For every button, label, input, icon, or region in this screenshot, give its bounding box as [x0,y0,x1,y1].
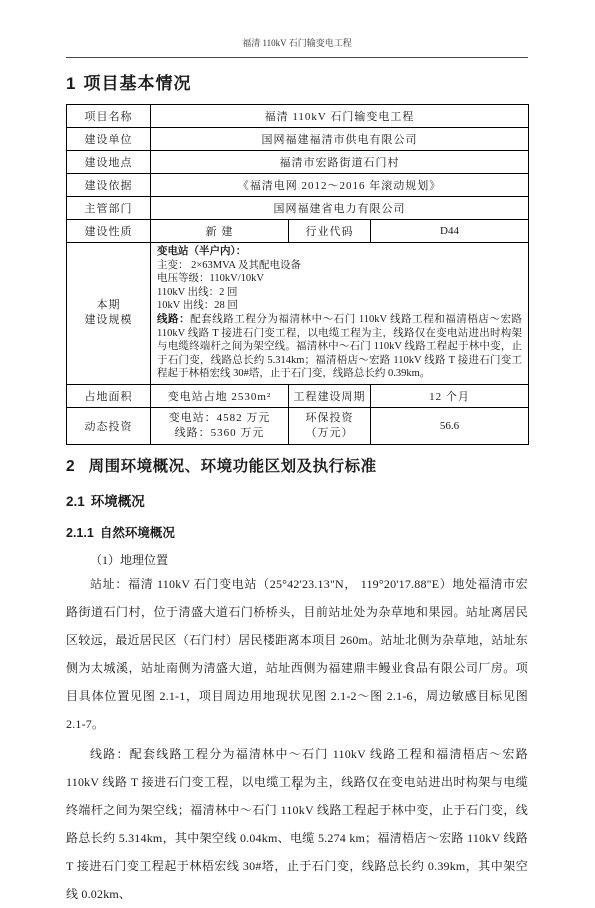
route-text: 配套线路工程分为福清林中～石门 110kV 线路工程和福清梧店～宏路 110kV… [157,314,522,379]
industry-code-label: 行业代码 [289,220,371,243]
page-number: 1 [0,782,595,793]
substation-line-voltage: 电压等级：110kV/10kV [157,272,522,286]
table-row-project-name: 项目名称 福清 110kV 石门输变电工程 [67,105,529,128]
table-row-authority: 主管部门 国网福建省电力有限公司 [67,197,529,220]
substation-title: 变电站（半户内）： [157,245,522,259]
period-value: 12 个月 [371,384,529,407]
project-info-table: 项目名称 福清 110kV 石门输变电工程 建设单位 国网福建福清市供电有限公司… [66,104,529,445]
running-header: 福清 110kV 石门输变电工程 [66,36,528,58]
table-row-basis: 建设依据 《福清电网 2012～2016 年滚动规划》 [67,174,529,197]
investment-value: 变电站：4582 万元 线路：5360 万元 [151,407,289,444]
site-location-paragraph: 站址：福清 110kV 石门变电站（25°42'23.13"N， 119°20'… [66,570,528,738]
row-label: 主管部门 [67,197,151,220]
env-investment-label: 环保投资 （万元） [289,407,371,444]
table-row-nature: 建设性质 新 建 行业代码 D44 [67,220,529,243]
table-row-construction-unit: 建设单位 国网福建福清市供电有限公司 [67,128,529,151]
table-row-scale: 本期 建设规模 变电站（半户内）： 主变： 2×63MVA 及其配电设备 电压等… [67,243,529,385]
industry-code-value: D44 [371,220,529,243]
row-label: 动态投资 [67,407,151,444]
section-2-1-number: 2.1 [66,494,85,509]
env-investment-label-line2: （万元） [293,426,366,441]
running-header-title: 福清 110kV 石门输变电工程 [242,38,352,48]
row-value: 福清市宏路街道石门村 [151,151,529,174]
section-2-title: 周围环境概况、环境功能区划及执行标准 [89,458,377,475]
route-description-paragraph: 线路：配套线路工程分为福清林中～石门 110kV 线路工程和福清梧店～宏路 11… [66,740,528,908]
row-label: 建设单位 [67,128,151,151]
row-label: 项目名称 [67,105,151,128]
section-1-number: 1 [66,74,75,93]
env-investment-label-line1: 环保投资 [293,411,366,426]
section-1-title: 项目基本情况 [83,74,191,93]
investment-line: 线路：5360 万元 [155,426,284,441]
section-1-heading: 1项目基本情况 [66,69,528,94]
section-2-1-heading: 2.1环境概况 [66,490,528,510]
table-row-investment: 动态投资 变电站：4582 万元 线路：5360 万元 环保投资 （万元） 56… [67,407,529,444]
scale-label-line2: 建设规模 [71,313,146,328]
route-title: 线路： [157,314,190,325]
section-2-1-1-number: 2.1.1 [66,526,94,540]
substation-line-110kv-out: 110kV 出线：2 回 [157,286,522,300]
investment-substation: 变电站：4582 万元 [155,411,284,426]
row-value: 福清 110kV 石门输变电工程 [151,105,529,128]
row-label: 建设地点 [67,151,151,174]
row-value: 《福清电网 2012～2016 年滚动规划》 [151,174,529,197]
substation-line-10kv-out: 10kV 出线：28 回 [157,299,522,313]
nature-value: 新 建 [151,220,289,243]
table-row-area: 占地面积 变电站占地 2530m² 工程建设周期 12 个月 [67,384,529,407]
period-label: 工程建设周期 [289,384,371,407]
row-value: 国网福建省电力有限公司 [151,197,529,220]
scale-content: 变电站（半户内）： 主变： 2×63MVA 及其配电设备 电压等级：110kV/… [151,243,529,385]
section-2-1-1-title: 自然环境概况 [100,526,175,540]
row-label: 建设依据 [67,174,151,197]
row-label: 建设性质 [67,220,151,243]
geographic-location-item: （1）地理位置 [66,551,528,568]
table-row-location: 建设地点 福清市宏路街道石门村 [67,151,529,174]
row-value: 国网福建福清市供电有限公司 [151,128,529,151]
env-investment-value: 56.6 [371,407,529,444]
section-2-1-1-heading: 2.1.1自然环境概况 [66,523,528,541]
section-2-number: 2 [66,458,75,475]
section-2-heading: 2周围环境概况、环境功能区划及执行标准 [66,454,528,476]
section-2-1-title: 环境概况 [91,494,145,509]
substation-line-transformer: 主变： 2×63MVA 及其配电设备 [157,259,522,273]
area-value: 变电站占地 2530m² [151,384,289,407]
route-paragraph: 线路：配套线路工程分为福清林中～石门 110kV 线路工程和福清梧店～宏路 11… [157,313,522,381]
scale-label-line1: 本期 [71,298,146,313]
scale-label: 本期 建设规模 [67,243,151,385]
row-label: 占地面积 [67,384,151,407]
document-page: 福清 110kV 石门输变电工程 1项目基本情况 项目名称 福清 110kV 石… [0,0,595,841]
